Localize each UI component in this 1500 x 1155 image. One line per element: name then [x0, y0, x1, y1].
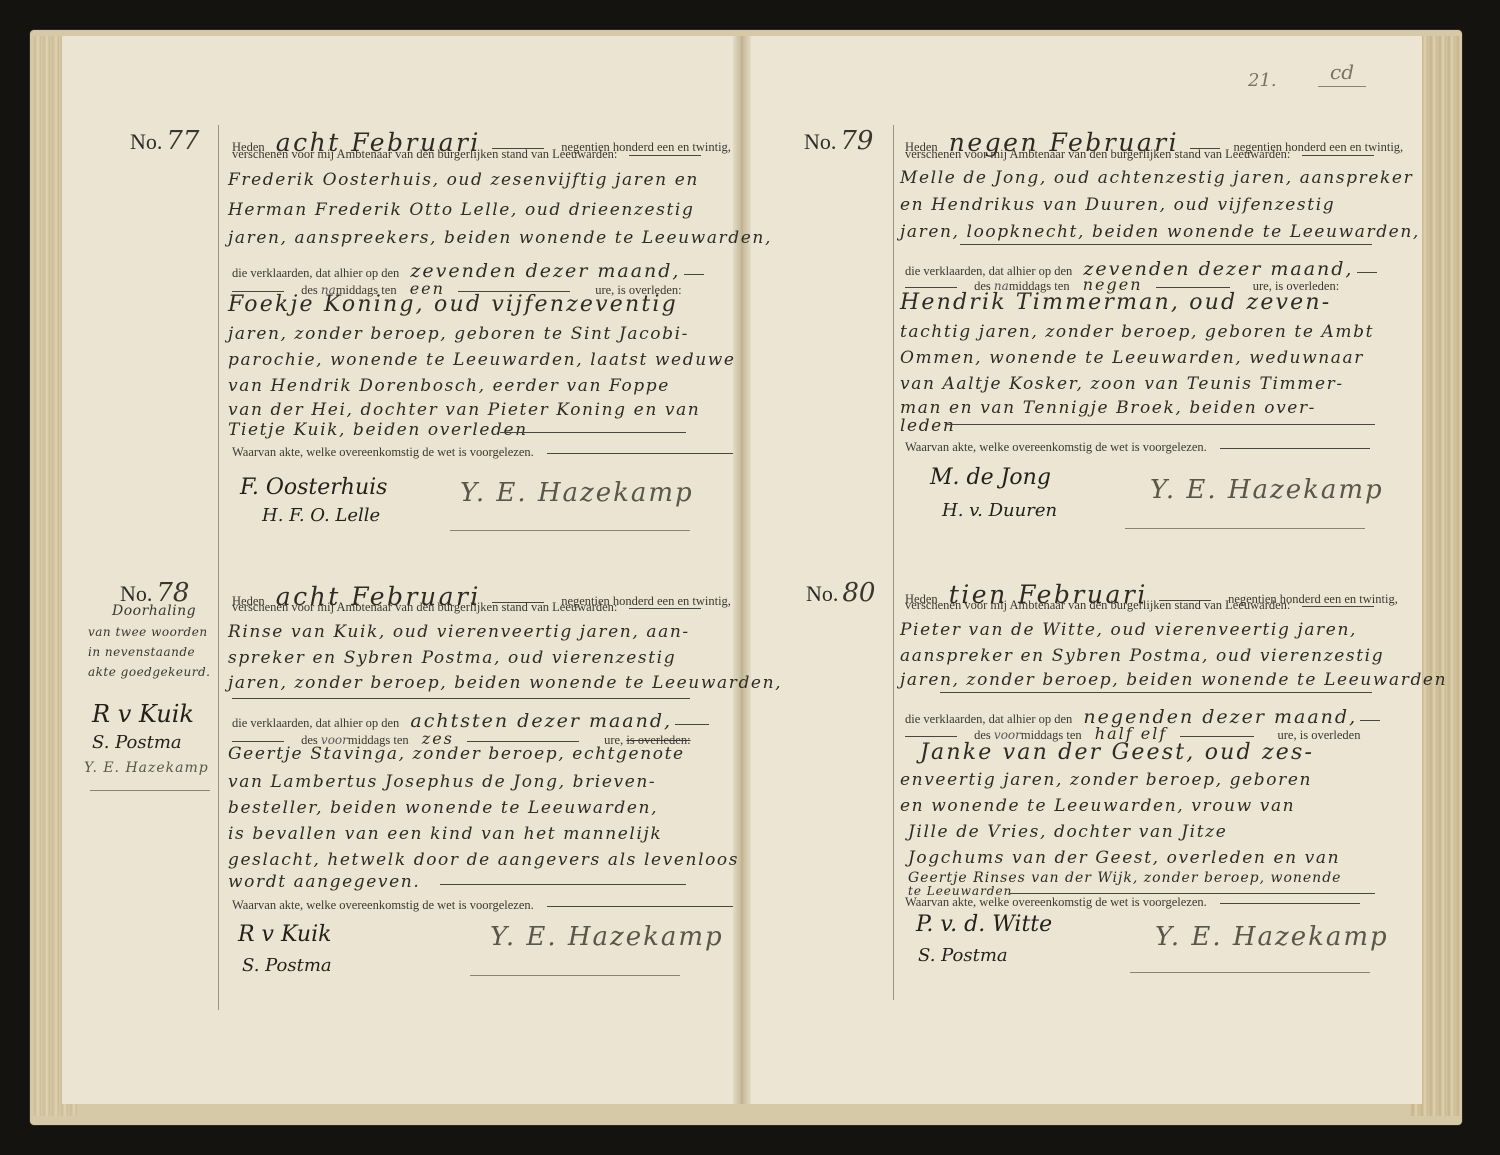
- declarant-line: jaren, zonder beroep, beiden wonende te …: [228, 673, 782, 693]
- verschenen-line: verschenen voor mij Ambtenaar van den bu…: [905, 147, 1374, 162]
- deceased-line: parochie, wonende te Leeuwarden, laatst …: [228, 350, 736, 370]
- margin-note: akte goedgekeurd.: [88, 665, 210, 679]
- margin-signature: S. Postma: [92, 732, 182, 753]
- declarant-line: en Hendrikus van Duuren, oud vijfenzesti…: [900, 195, 1335, 215]
- page-number: 21.: [1248, 70, 1277, 91]
- deceased-line: jaren, zonder beroep, geboren te Sint Ja…: [228, 324, 689, 344]
- deceased-line: Ommen, wonende te Leeuwarden, weduwnaar: [900, 348, 1364, 368]
- verschenen-line: verschenen voor mij Ambtenaar van den bu…: [232, 600, 701, 615]
- margin-signature: Y. E. Hazekamp: [84, 760, 209, 776]
- deceased-line: leden: [900, 416, 955, 436]
- declarant-line: Melle de Jong, oud achtenzestig jaren, a…: [900, 168, 1413, 188]
- page-initials-underline: [1318, 86, 1366, 87]
- deceased-line: wordt aangegeven.: [228, 872, 420, 892]
- deceased-line: Jogchums van der Geest, overleden en van: [908, 848, 1340, 868]
- fill-line: [500, 432, 686, 433]
- waarvan-line: Waarvan akte, welke overeenkomstig de we…: [232, 445, 733, 460]
- margin-note: in nevenstaande: [88, 645, 195, 659]
- signature: R v Kuik: [238, 922, 331, 947]
- margin-signature: R v Kuik: [92, 700, 194, 728]
- margin-rule: [218, 580, 219, 1010]
- declarant-line: Frederik Oosterhuis, oud zesenvijftig ja…: [228, 170, 699, 190]
- fill-line: [440, 884, 686, 885]
- deceased-line: Hendrik Timmerman, oud zeven-: [900, 290, 1331, 315]
- record-number: No.77: [130, 126, 199, 156]
- signature: S. Postma: [242, 955, 332, 976]
- deceased-line: Tietje Kuik, beiden overleden: [228, 420, 528, 440]
- declarant-line: spreker en Sybren Postma, oud vierenzest…: [228, 648, 676, 668]
- record-number: No.79: [804, 126, 873, 156]
- fill-line: [960, 244, 1372, 245]
- margin-note: van twee woorden: [88, 625, 208, 639]
- declarant-line: Herman Frederik Otto Lelle, oud drieenze…: [228, 200, 694, 220]
- book-gutter: [733, 36, 751, 1104]
- waarvan-line: Waarvan akte, welke overeenkomstig de we…: [905, 440, 1370, 455]
- declarant-line: jaren, zonder beroep, beiden wonende te …: [900, 670, 1447, 690]
- deceased-line: man en van Tennigje Broek, beiden over-: [900, 398, 1316, 418]
- signature-flourish: [450, 530, 690, 531]
- fill-line: [945, 424, 1375, 425]
- deceased-line: tachtig jaren, zonder beroep, geboren te…: [900, 322, 1374, 342]
- waarvan-line: Waarvan akte, welke overeenkomstig de we…: [905, 895, 1360, 910]
- registrar-signature: Y. E. Hazekamp: [1150, 475, 1384, 505]
- signature-flourish: [1130, 972, 1370, 973]
- declarant-line: Rinse van Kuik, oud vierenveertig jaren,…: [228, 622, 690, 642]
- signature: M. de Jong: [930, 465, 1051, 490]
- deceased-line: Janke van der Geest, oud zes-: [920, 740, 1314, 765]
- declarant-line: jaren, aanspreekers, beiden wonende te L…: [228, 228, 772, 248]
- deceased-line: Jille de Vries, dochter van Jitze: [908, 822, 1227, 842]
- verschenen-line: verschenen voor mij Ambtenaar van den bu…: [905, 598, 1374, 613]
- signature: S. Postma: [918, 945, 1008, 966]
- registrar-signature: Y. E. Hazekamp: [1155, 922, 1389, 952]
- page-initials: cd: [1330, 60, 1354, 84]
- record-number: No.80: [806, 578, 875, 608]
- registrar-signature: Y. E. Hazekamp: [460, 478, 694, 508]
- deceased-line: Foekje Koning, oud vijfenzeventig: [228, 292, 678, 317]
- deceased-line: is bevallen van een kind van het manneli…: [228, 824, 662, 844]
- fill-line: [232, 698, 690, 699]
- deceased-line: van der Hei, dochter van Pieter Koning e…: [228, 400, 700, 420]
- signature-flourish: [470, 975, 680, 976]
- deceased-line: Geertje Stavinga, zonder beroep, echtgen…: [228, 744, 685, 764]
- margin-rule: [893, 125, 894, 595]
- deceased-line: en wonende te Leeuwarden, vrouw van: [900, 796, 1295, 816]
- registrar-signature: Y. E. Hazekamp: [490, 922, 724, 952]
- verschenen-line: verschenen voor mij Ambtenaar van den bu…: [232, 147, 701, 162]
- declarant-line: jaren, loopknecht, beiden wonende te Lee…: [900, 222, 1420, 242]
- margin-rule: [218, 125, 219, 610]
- fill-line: [1010, 893, 1375, 894]
- signature: H. F. O. Lelle: [262, 505, 380, 526]
- deceased-line: besteller, beiden wonende te Leeuwarden,: [228, 798, 658, 818]
- deceased-line: van Hendrik Dorenbosch, eerder van Foppe: [228, 376, 670, 396]
- deceased-line: enveertig jaren, zonder beroep, geboren: [900, 770, 1312, 790]
- signature: F. Oosterhuis: [240, 475, 387, 500]
- declarant-line: Pieter van de Witte, oud vierenveertig j…: [900, 620, 1357, 640]
- deceased-line: geslacht, hetwelk door de aangevers als …: [228, 850, 739, 870]
- signature-flourish: [1125, 528, 1365, 529]
- fill-line: [940, 692, 1372, 693]
- margin-rule: [893, 580, 894, 1000]
- declarant-line: aanspreker en Sybren Postma, oud vierenz…: [900, 646, 1384, 666]
- signature: P. v. d. Witte: [916, 912, 1052, 937]
- margin-note: Doorhaling: [112, 603, 196, 619]
- waarvan-line: Waarvan akte, welke overeenkomstig de we…: [232, 898, 733, 913]
- deceased-line: van Lambertus Josephus de Jong, brieven-: [228, 772, 656, 792]
- margin-flourish: [90, 790, 210, 791]
- deceased-line: van Aaltje Kosker, zoon van Teunis Timme…: [900, 374, 1344, 394]
- signature: H. v. Duuren: [942, 500, 1057, 521]
